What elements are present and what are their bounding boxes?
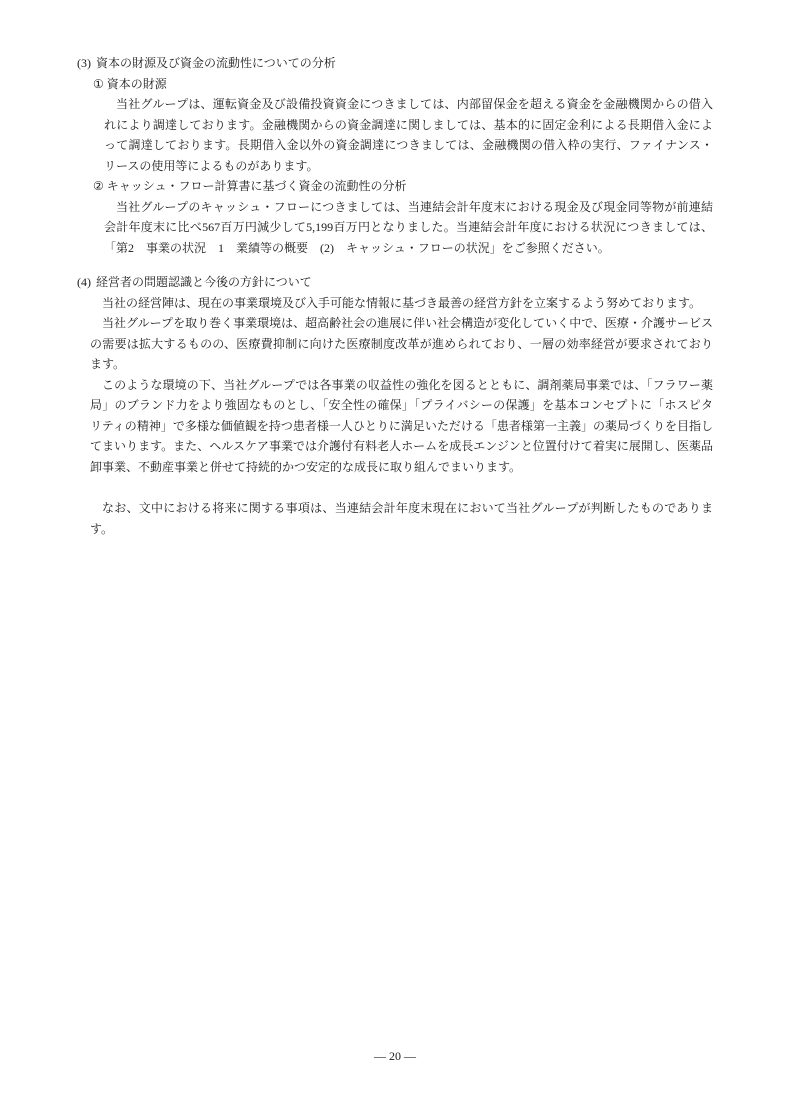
section-3-title: 資本の財源及び資金の流動性についての分析: [96, 56, 336, 70]
section-4-heading: (4)経営者の問題認識と今後の方針について: [77, 272, 790, 293]
management-policy-paragraph-2: 当社グループを取り巻く事業環境は、超高齢社会の進展に伴い社会構造が変化していく中…: [90, 313, 713, 375]
section-3-heading: (3)資本の財源及び資金の流動性についての分析: [77, 53, 790, 74]
subsection-2-number: ②: [93, 179, 104, 193]
subsection-2-heading: ②キャッシュ・フロー計算書に基づく資金の流動性の分析: [93, 176, 790, 197]
capital-sources-paragraph: 当社グループは、運転資金及び設備投資資金につきましては、内部留保金を超える資金を…: [104, 94, 713, 176]
subsection-1-title: 資本の財源: [107, 77, 167, 91]
document-page: (3)資本の財源及び資金の流動性についての分析 ①資本の財源 当社グループは、運…: [0, 0, 790, 1118]
management-policy-paragraph-1: 当社の経営陣は、現在の事業環境及び入手可能な情報に基づき最善の経営方針を立案する…: [90, 293, 713, 314]
management-policy-paragraph-3: このような環境の下、当社グループでは各事業の収益性の強化を図るとともに、調剤薬局…: [90, 375, 713, 478]
subsection-2-title: キャッシュ・フロー計算書に基づく資金の流動性の分析: [107, 179, 407, 193]
section-4-title: 経営者の問題認識と今後の方針について: [96, 275, 312, 289]
page-number: ― 20 ―: [0, 1046, 790, 1067]
section-4-number: (4): [77, 275, 91, 289]
document-content: (3)資本の財源及び資金の流動性についての分析 ①資本の財源 当社グループは、運…: [0, 53, 790, 539]
forward-looking-note-paragraph: なお、文中における将来に関する事項は、当連結会計年度末現在において当社グループが…: [90, 498, 713, 539]
cash-flow-liquidity-paragraph: 当社グループのキャッシュ・フローにつきましては、当連結会計年度末における現金及び…: [104, 197, 713, 259]
subsection-1-heading: ①資本の財源: [93, 74, 790, 95]
subsection-1-number: ①: [93, 77, 104, 91]
section-3-number: (3): [77, 56, 91, 70]
